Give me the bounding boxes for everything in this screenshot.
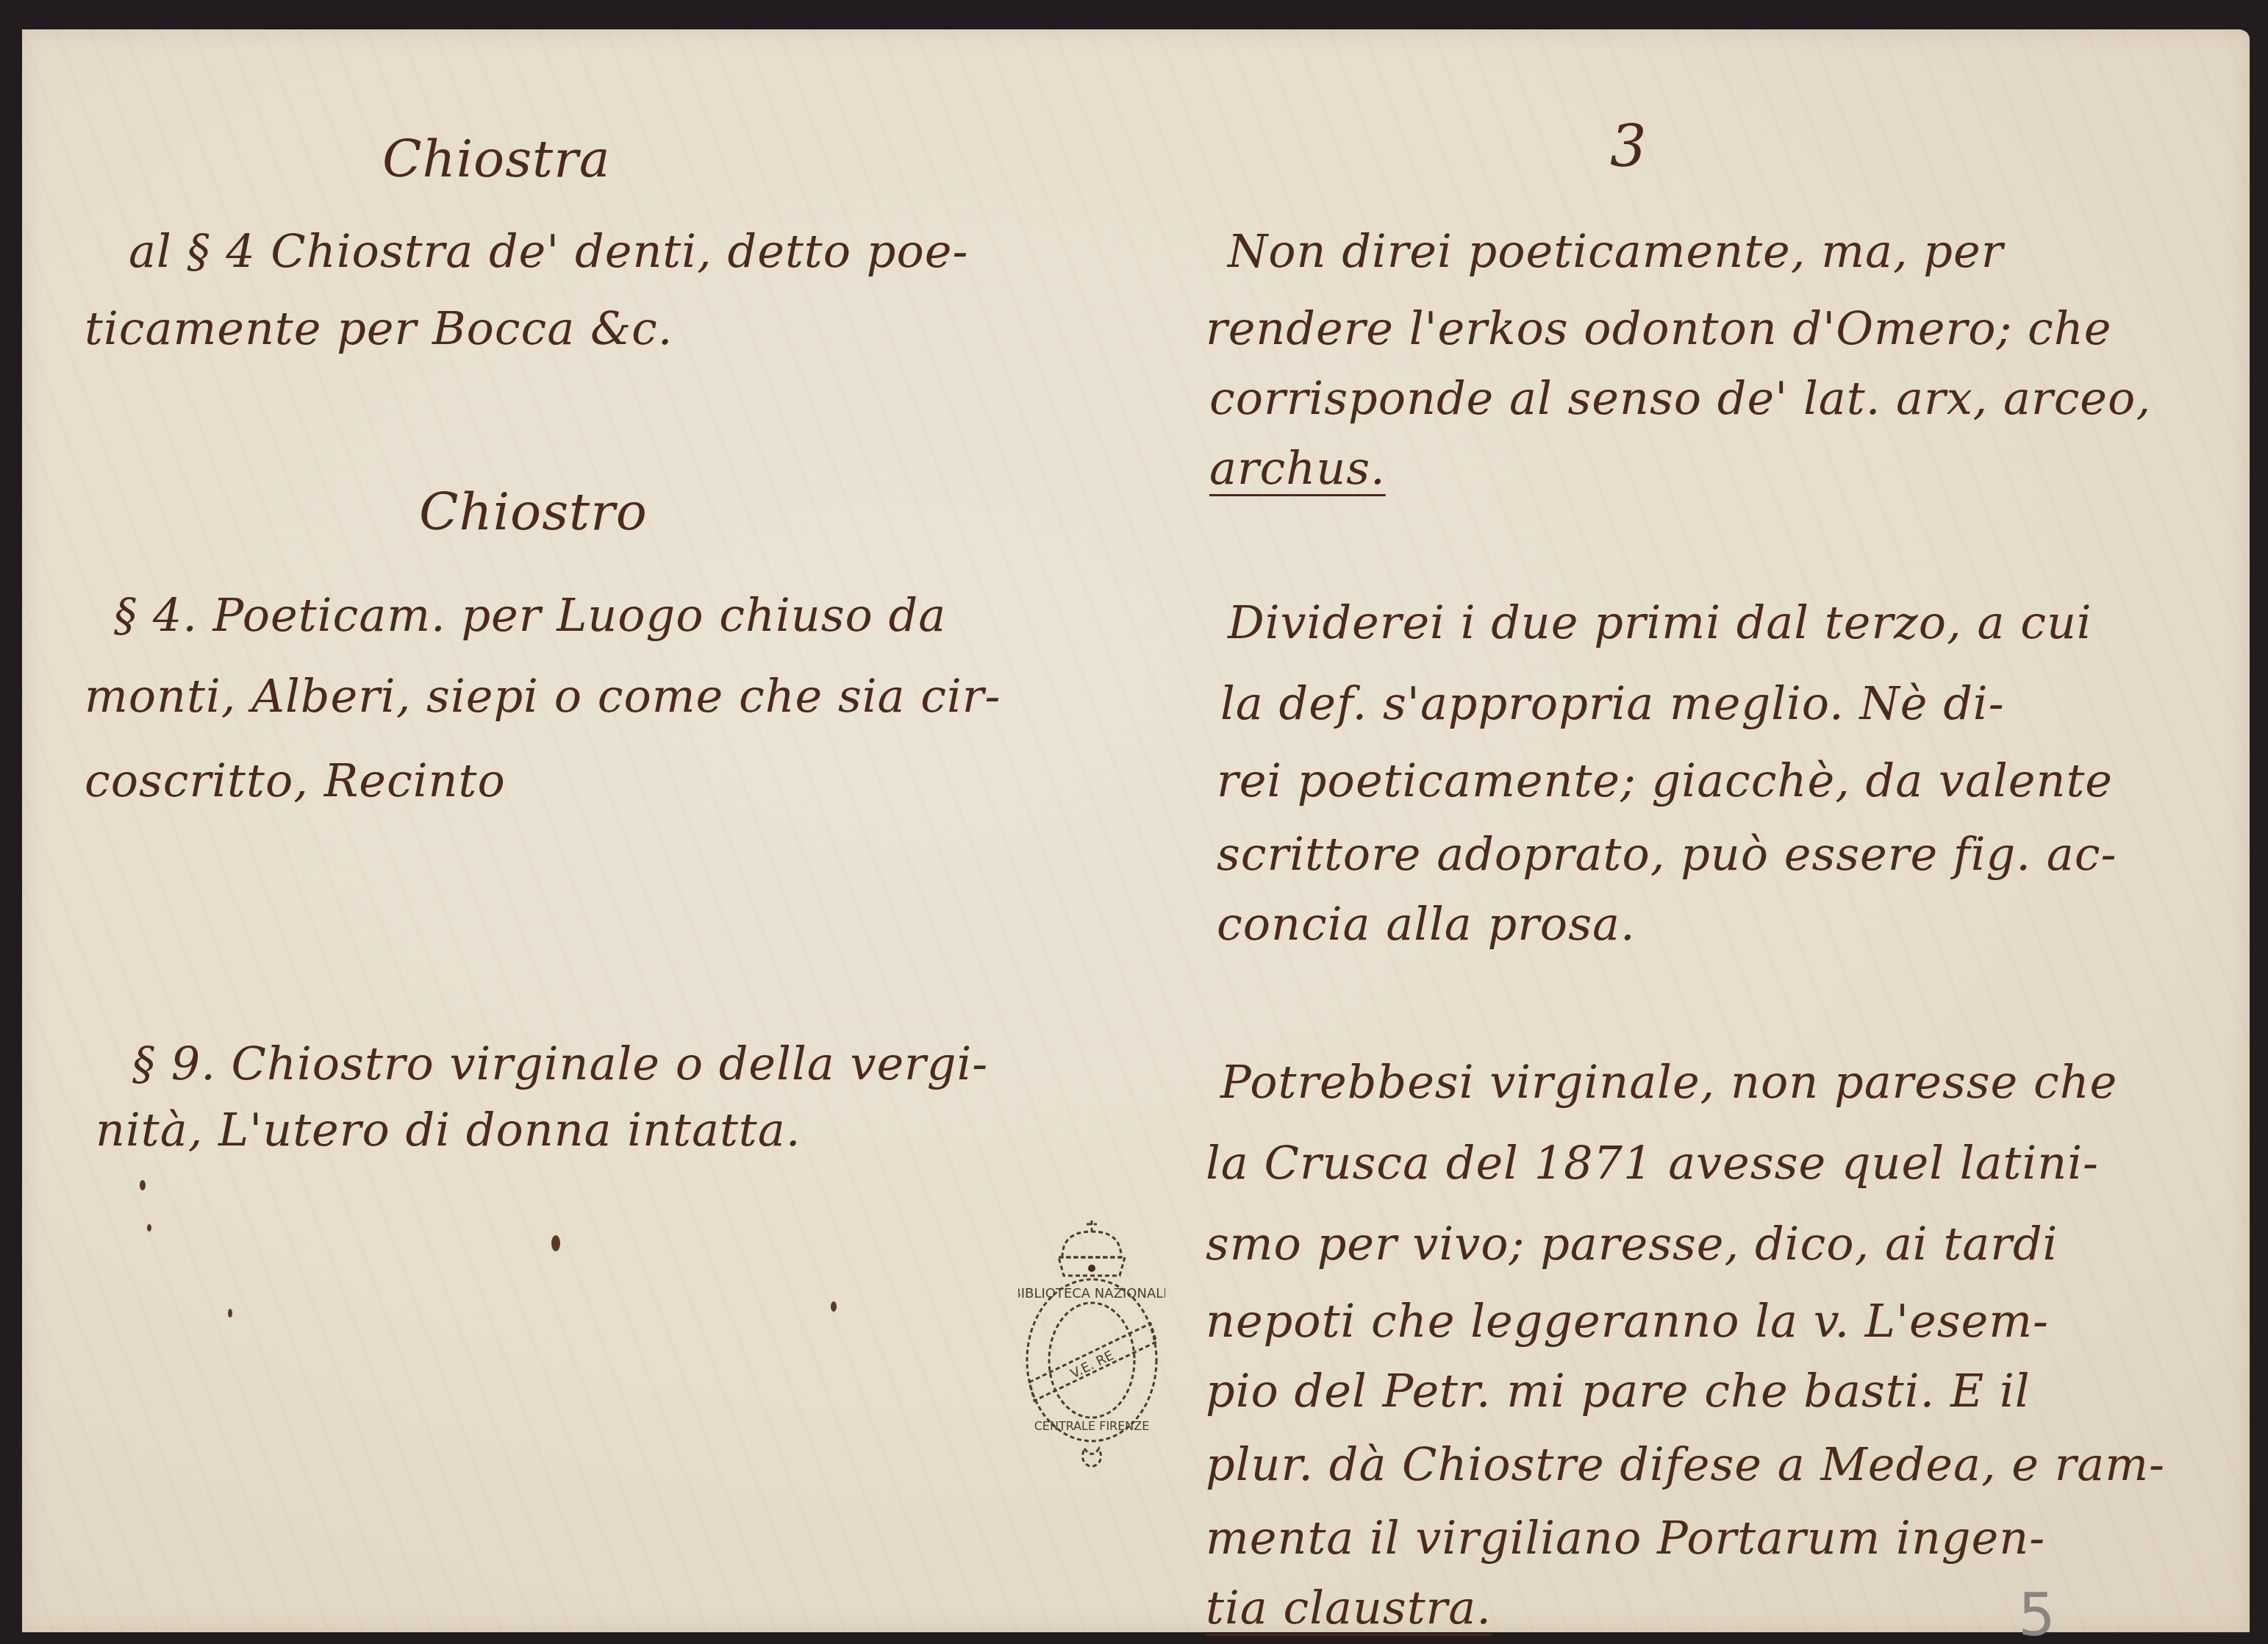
library-stamp: BIBLIOTECA NAZIONALE V.E. RE CENTRALE FI…	[1018, 1206, 1165, 1470]
scan-frame: 3 Chiostra al § 4 Chiostra de' denti, de…	[0, 0, 2268, 1644]
entry-chiostro-4-line-2: monti, Alberi, siepi o come che sia cir-	[85, 669, 1001, 723]
heading-chiostra: Chiostra	[382, 129, 610, 189]
ink-speck	[228, 1309, 232, 1318]
entry-chiostro-4-line-1: § 4. Poeticam. per Luogo chiuso da	[114, 588, 946, 642]
comment-3-line-2: la Crusca del 1871 avesse quel latini-	[1206, 1136, 2099, 1190]
entry-chiostra-line-1: al § 4 Chiostra de' denti, detto poe-	[129, 224, 968, 278]
ink-speck	[147, 1224, 151, 1232]
comment-2-line-5: concia alla prosa.	[1217, 897, 1636, 951]
comment-2-line-4: scrittore adoprato, può essere fig. ac-	[1217, 827, 2117, 881]
entry-chiostro-4-line-3: coscritto, Recinto	[85, 754, 506, 807]
comment-3-line-7: menta il virgiliano Portarum ingen-	[1206, 1511, 2045, 1565]
comment-3-line-4: nepoti che leggeranno la v. L'esem-	[1206, 1294, 2049, 1348]
stamp-band-text: V.E. RE	[1068, 1348, 1116, 1382]
comment-1-line-2: rendere l'erkos odonton d'Omero; che	[1206, 301, 2111, 355]
stamp-bottom-text: CENTRALE FIRENZE	[1034, 1419, 1150, 1433]
heading-chiostro: Chiostro	[419, 482, 648, 542]
comment-3-line-6: plur. dà Chiostre difese a Medea, e ram-	[1206, 1437, 2165, 1491]
ink-speck	[140, 1180, 146, 1190]
comment-3-line-5: pio del Petr. mi pare che basti. E il	[1206, 1364, 2031, 1418]
comment-3-line-8: tia claustra.	[1206, 1581, 1492, 1634]
entry-chiostro-9-line-1: § 9. Chiostro virginale o della vergi-	[132, 1037, 988, 1090]
comment-3-line-1: Potrebbesi virginale, non paresse che	[1220, 1055, 2117, 1109]
entry-chiostro-9-line-2: nità, L'utero di donna intatta.	[96, 1103, 801, 1157]
comment-1-line-4: archus.	[1209, 441, 1386, 495]
comment-1-line-1: Non direi poeticamente, ma, per	[1228, 224, 2003, 278]
ink-speck	[831, 1301, 837, 1312]
comment-2-line-1: Dividerei i due primi dal terzo, a cui	[1228, 596, 2092, 649]
comment-2-line-2: la def. s'appropria meglio. Nè di-	[1220, 676, 2005, 730]
stamp-top-text: BIBLIOTECA NAZIONALE	[1018, 1286, 1165, 1301]
page-number: 3	[1610, 114, 1648, 180]
manuscript-page: 3 Chiostra al § 4 Chiostra de' denti, de…	[22, 29, 2250, 1632]
ink-speck	[551, 1235, 560, 1251]
comment-1-line-3: corrisponde al senso de' lat. arx, arceo…	[1209, 371, 2151, 425]
entry-chiostra-line-2: ticamente per Bocca &c.	[85, 301, 673, 355]
comment-3-line-3: smo per vivo; paresse, dico, ai tardi	[1206, 1217, 2058, 1270]
comment-2-line-3: rei poeticamente; giacchè, da valente	[1217, 754, 2113, 807]
archive-pencil-number: 5	[2018, 1581, 2056, 1644]
